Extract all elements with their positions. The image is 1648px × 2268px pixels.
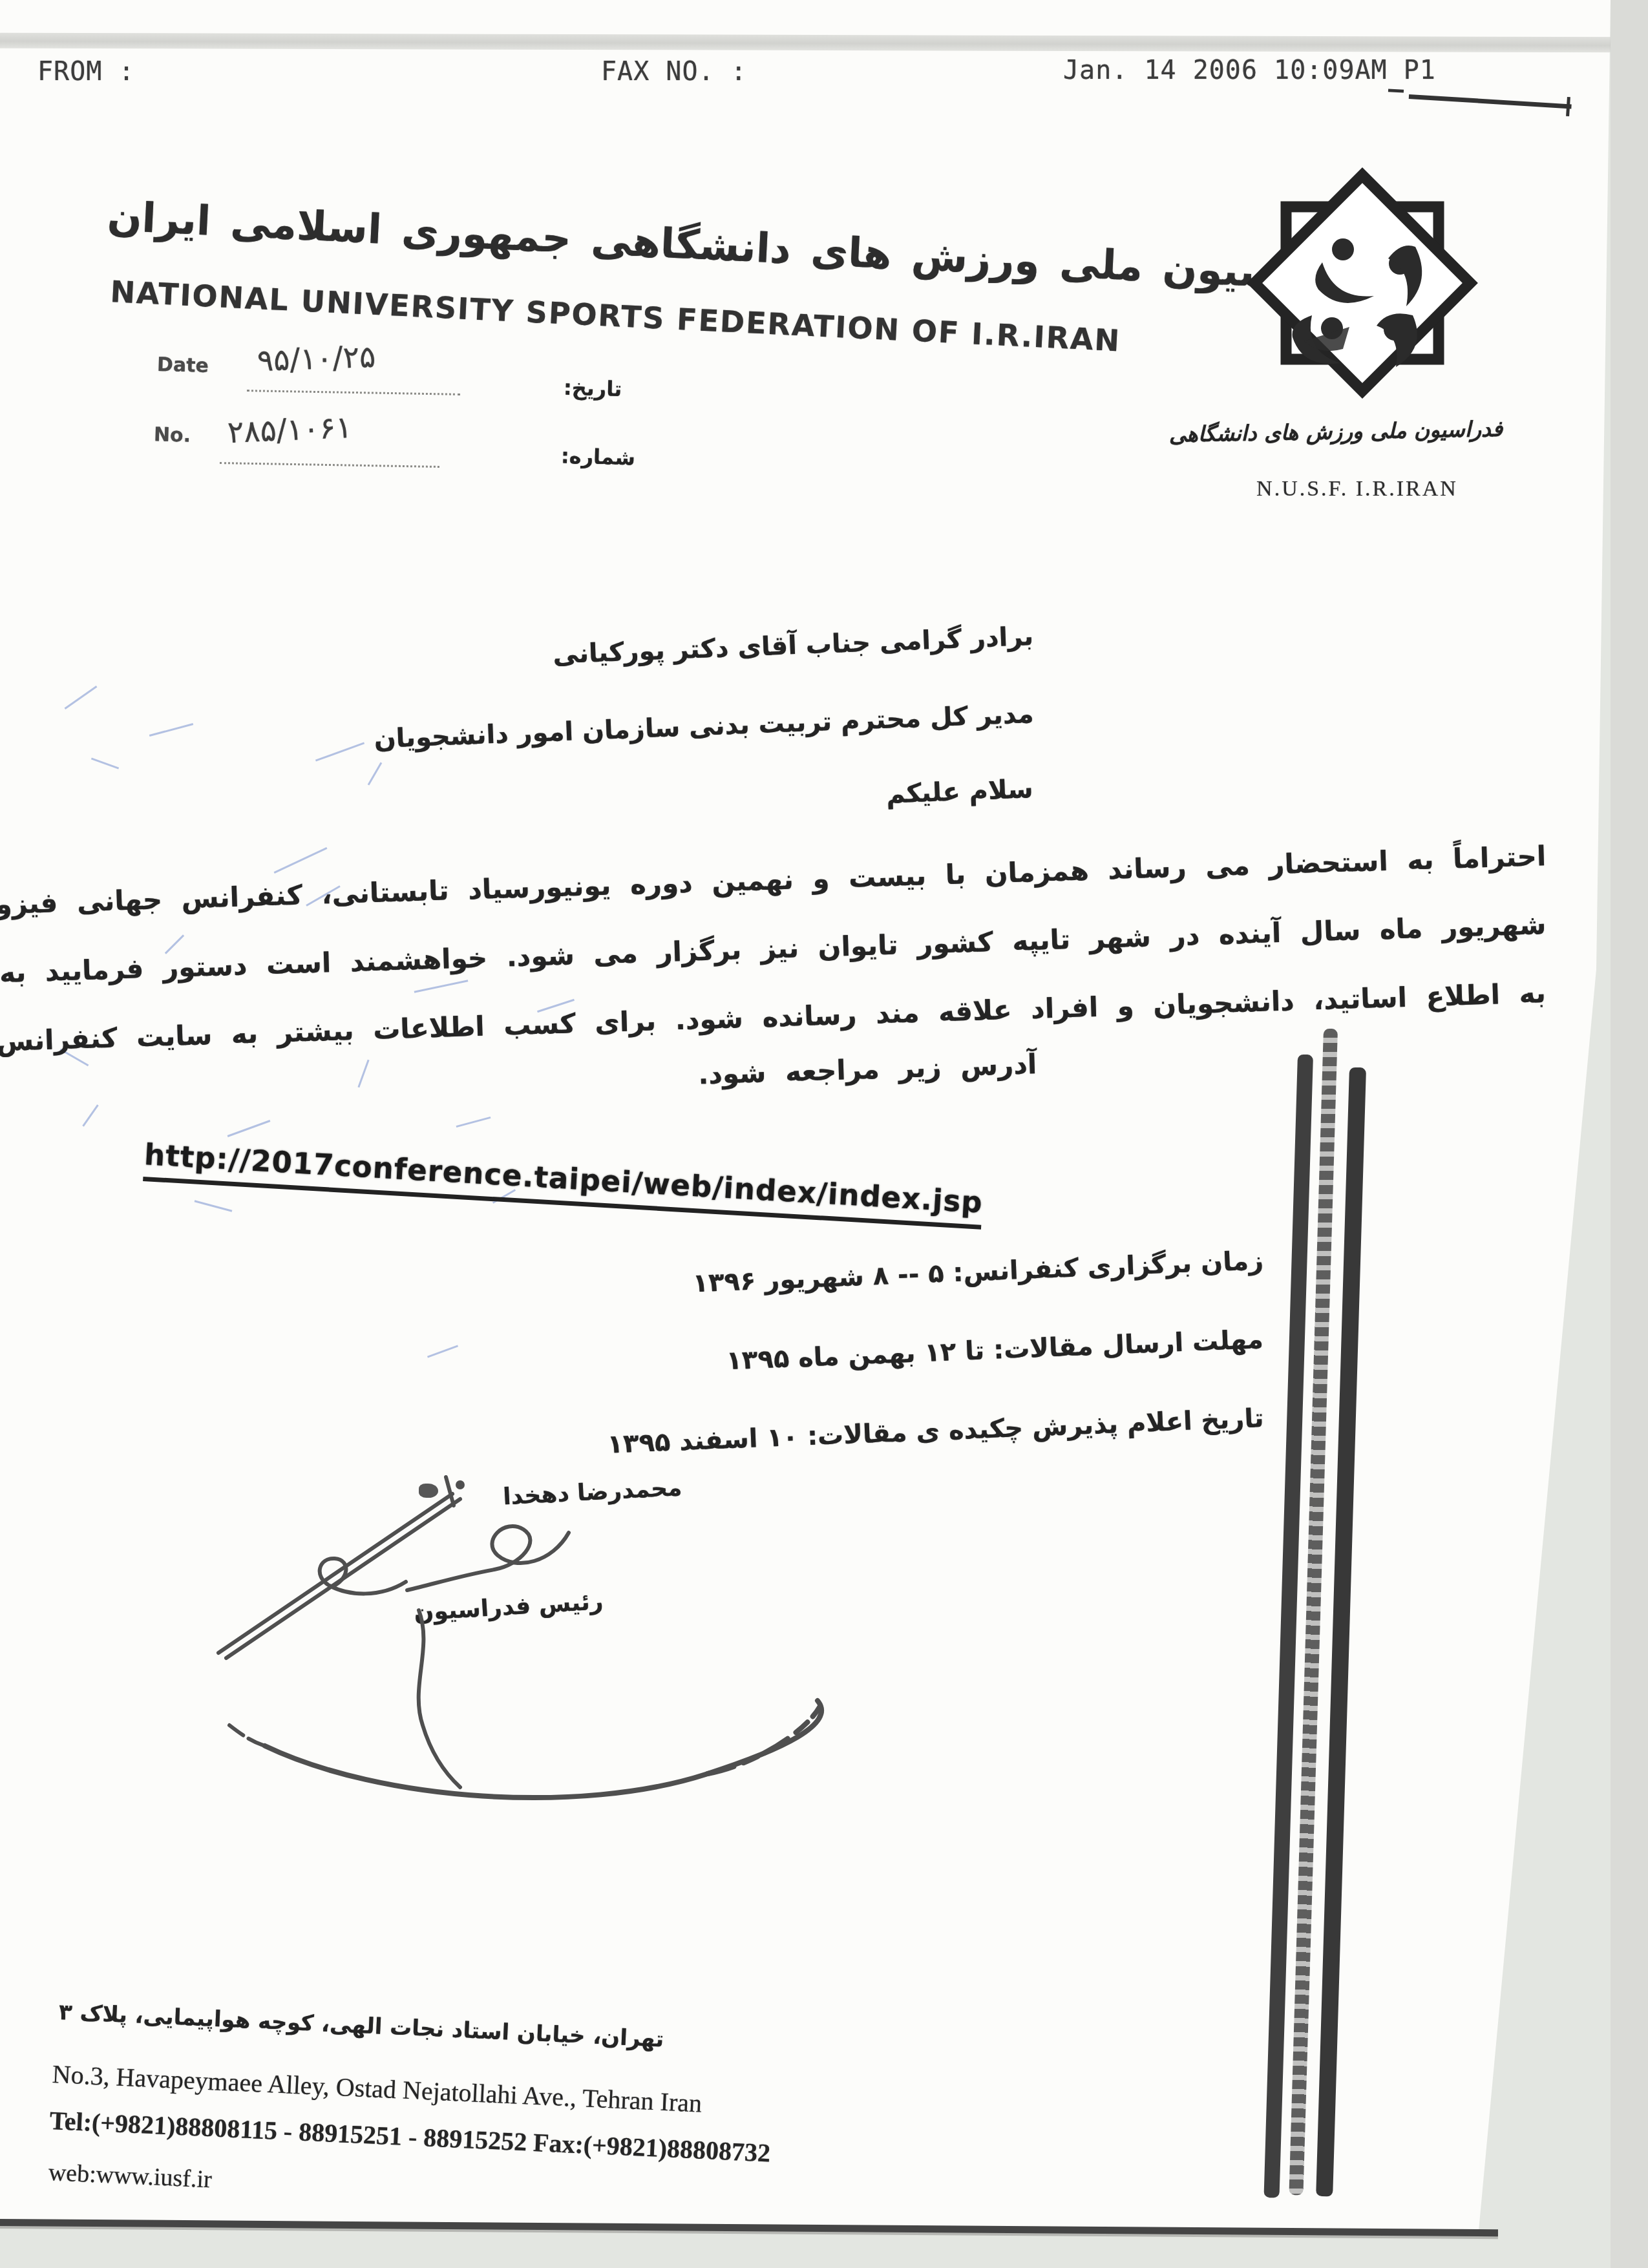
date-label-en: Date xyxy=(157,353,209,377)
date-label-fa: تاریخ: xyxy=(564,375,622,401)
scanner-margin-right xyxy=(1611,0,1648,2268)
date-value-handwritten: ۹۵/۱۰/۲۵ xyxy=(257,339,376,379)
salutation: سلام علیکم xyxy=(886,774,1034,810)
no-label-en: No. xyxy=(154,423,191,446)
no-value-handwritten: ۲۸۵/۱۰۶۱ xyxy=(227,410,353,450)
no-label-fa: شماره: xyxy=(561,444,636,470)
logo-caption-english: N.U.S.F. I.R.IRAN xyxy=(1215,477,1499,501)
fax-from-label: FROM : xyxy=(37,57,135,87)
handwritten-signature xyxy=(168,1447,892,1822)
nusf-star-logo-icon xyxy=(1240,167,1485,425)
fax-number-label: FAX NO. : xyxy=(601,57,747,87)
fax-scan-page: FROM : FAX NO. : Jan. 14 2006 10:09AM P1… xyxy=(0,0,1648,2268)
fax-timestamp: Jan. 14 2006 10:09AM P1 xyxy=(1063,56,1436,85)
